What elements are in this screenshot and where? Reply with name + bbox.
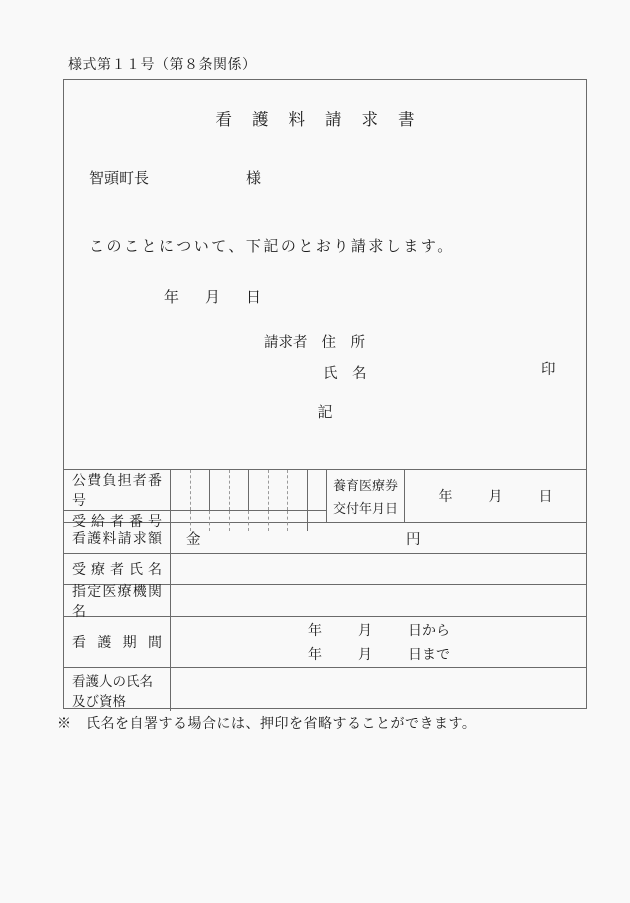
nurse-label-line1: 看護人の氏名 bbox=[72, 670, 162, 690]
period-label: 看護期間 bbox=[72, 632, 162, 652]
digit-cell bbox=[308, 470, 327, 510]
request-sentence: このことについて、下記のとおり請求します。 bbox=[89, 235, 455, 256]
claimant-address-line: 請求者住 所 bbox=[264, 331, 367, 352]
period-from-month: 月 bbox=[358, 624, 372, 639]
digit-cell bbox=[230, 470, 250, 510]
name-label: 氏 名 bbox=[323, 366, 367, 382]
nurse-label-cell: 看護人の氏名 及び資格 bbox=[64, 668, 171, 711]
institution-value-cell bbox=[171, 585, 586, 616]
patient-value-cell bbox=[171, 554, 586, 584]
patient-label: 受療者氏名 bbox=[72, 559, 162, 579]
amount-label: 看護料請求額 bbox=[72, 528, 162, 548]
public-expense-label: 公費負担者番号 bbox=[72, 470, 162, 510]
month-label: 月 bbox=[205, 290, 220, 306]
form-number: 様式第１１号（第８条関係） bbox=[68, 54, 257, 74]
footnote: ※ 氏名を自署する場合には、押印を省略することができます。 bbox=[57, 713, 476, 733]
amount-prefix: 金 bbox=[186, 528, 201, 549]
address-label: 住 所 bbox=[322, 335, 366, 351]
public-expense-row: 公費負担者番号 bbox=[64, 470, 326, 511]
period-to-line: 年月日まで bbox=[308, 644, 586, 664]
addressee: 智頭町長 bbox=[89, 171, 149, 187]
ticket-label-line1: 養育医療券 bbox=[327, 475, 404, 494]
period-row: 看護期間 年月日から 年月日まで bbox=[64, 617, 586, 668]
period-from-line: 年月日から bbox=[308, 620, 586, 640]
ticket-year-label: 年 bbox=[439, 486, 453, 506]
period-to-day: 日まで bbox=[408, 648, 450, 663]
ticket-month-label: 月 bbox=[489, 486, 503, 506]
amount-suffix: 円 bbox=[406, 528, 421, 549]
amount-label-cell: 看護料請求額 bbox=[64, 523, 171, 553]
patient-label-cell: 受療者氏名 bbox=[64, 554, 171, 584]
claimant-block: 請求者住 所 氏 名 bbox=[264, 331, 367, 383]
digit-cell bbox=[269, 470, 289, 510]
digit-cell bbox=[288, 470, 308, 510]
date-line: 年月日 bbox=[164, 286, 261, 307]
nurse-value-cell bbox=[171, 668, 586, 711]
honorific: 様 bbox=[246, 171, 261, 187]
record-marker: 記 bbox=[64, 401, 586, 422]
institution-label: 指定医療機関名 bbox=[72, 581, 162, 621]
number-rows: 公費負担者番号 bbox=[64, 470, 586, 523]
amount-value-cell: 金 円 bbox=[171, 523, 586, 553]
period-label-cell: 看護期間 bbox=[64, 617, 171, 667]
digit-cell bbox=[191, 470, 211, 510]
day-label: 日 bbox=[246, 290, 261, 306]
public-expense-digit-grid bbox=[171, 470, 326, 510]
period-value-cell: 年月日から 年月日まで bbox=[171, 617, 586, 667]
amount-row: 看護料請求額 金 円 bbox=[64, 523, 586, 554]
ticket-label-cell: 養育医療券 交付年月日 bbox=[326, 470, 404, 522]
year-label: 年 bbox=[164, 290, 179, 306]
document-page: 様式第１１号（第８条関係） 看護料請求書 智頭町長様 このことについて、下記のと… bbox=[0, 0, 630, 903]
seal-label: 印 bbox=[541, 358, 556, 379]
claimant-name-line: 氏 名 bbox=[323, 362, 367, 383]
ticket-day-label: 日 bbox=[539, 486, 553, 506]
digit-cell bbox=[210, 470, 230, 510]
nurse-row: 看護人の氏名 及び資格 bbox=[64, 668, 586, 711]
claimant-label: 請求者 bbox=[264, 335, 308, 351]
period-from-year: 年 bbox=[308, 624, 322, 639]
period-to-year: 年 bbox=[308, 648, 322, 663]
number-rows-left: 公費負担者番号 bbox=[64, 470, 326, 522]
public-expense-label-cell: 公費負担者番号 bbox=[64, 470, 171, 510]
nurse-label-line2: 及び資格 bbox=[72, 690, 162, 710]
ticket-label-line2: 交付年月日 bbox=[327, 498, 404, 517]
institution-label-cell: 指定医療機関名 bbox=[64, 585, 171, 616]
digit-cell bbox=[171, 470, 191, 510]
fee-table: 公費負担者番号 bbox=[64, 469, 586, 710]
addressee-line: 智頭町長様 bbox=[89, 167, 261, 188]
digit-cell bbox=[249, 470, 269, 510]
period-from-day: 日から bbox=[408, 624, 450, 639]
form-title: 看護料請求書 bbox=[64, 106, 586, 130]
form-border: 看護料請求書 智頭町長様 このことについて、下記のとおり請求します。 年月日 請… bbox=[63, 79, 587, 709]
period-to-month: 月 bbox=[358, 648, 372, 663]
institution-row: 指定医療機関名 bbox=[64, 585, 586, 617]
ticket-date-cell: 年月日 bbox=[404, 470, 586, 522]
